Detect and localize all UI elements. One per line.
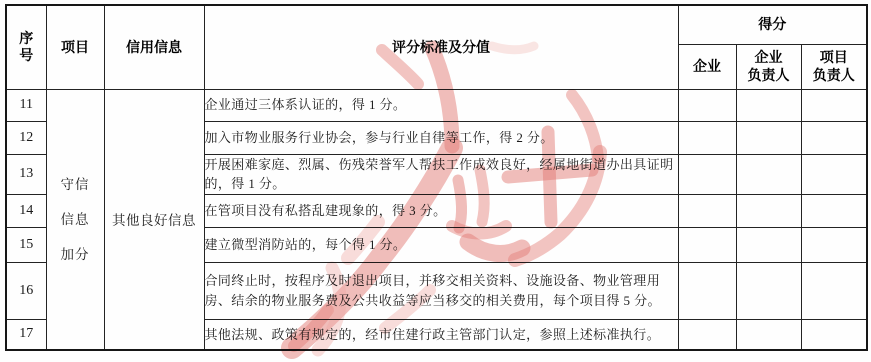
score-cell-enterprise-manager — [736, 319, 801, 350]
serial-cell: 13 — [6, 154, 46, 194]
serial-cell: 17 — [6, 319, 46, 350]
score-cell-enterprise-manager — [736, 262, 801, 319]
score-cell-enterprise — [678, 121, 736, 154]
score-cell-enterprise — [678, 89, 736, 121]
score-cell-enterprise-manager — [736, 121, 801, 154]
criteria-cell: 企业通过三体系认证的，得 1 分。 — [204, 89, 678, 121]
credit-scoring-table: 序 号 项目 信用信息 评分标准及分值 得分 企业 企业 负责人 项目 负责人 … — [5, 4, 868, 351]
score-cell-enterprise-manager — [736, 154, 801, 194]
score-cell-enterprise-manager — [736, 89, 801, 121]
column-header-credit-info: 信用信息 — [104, 5, 204, 89]
merged-credit-info-cell: 其他良好信息 — [104, 89, 204, 350]
criteria-cell: 合同终止时，按程序及时退出项目，并移交相关资料、设施设备、物业管理用房、结余的物… — [204, 262, 678, 319]
score-cell-enterprise — [678, 194, 736, 227]
scanned-document-page: 序 号 项目 信用信息 评分标准及分值 得分 企业 企业 负责人 项目 负责人 … — [0, 0, 871, 362]
column-header-enterprise: 企业 — [678, 44, 736, 89]
score-cell-project-manager — [801, 154, 867, 194]
score-cell-enterprise — [678, 154, 736, 194]
column-header-score-group: 得分 — [678, 5, 867, 44]
serial-cell: 11 — [6, 89, 46, 121]
column-header-project-manager: 项目 负责人 — [801, 44, 867, 89]
serial-cell: 12 — [6, 121, 46, 154]
criteria-cell: 在管项目没有私搭乱建现象的，得 3 分。 — [204, 194, 678, 227]
score-cell-enterprise-manager — [736, 227, 801, 262]
score-cell-enterprise — [678, 319, 736, 350]
criteria-cell: 加入市物业服务行业协会，参与行业自律等工作，得 2 分。 — [204, 121, 678, 154]
serial-cell: 14 — [6, 194, 46, 227]
criteria-cell: 其他法规、政策有规定的，经市住建行政主管部门认定，参照上述标准执行。 — [204, 319, 678, 350]
score-cell-enterprise — [678, 227, 736, 262]
score-cell-enterprise — [678, 262, 736, 319]
serial-cell: 16 — [6, 262, 46, 319]
column-header-serial: 序 号 — [6, 5, 46, 89]
score-cell-project-manager — [801, 227, 867, 262]
column-header-project: 项目 — [46, 5, 104, 89]
column-header-enterprise-manager: 企业 负责人 — [736, 44, 801, 89]
score-cell-project-manager — [801, 121, 867, 154]
serial-cell: 15 — [6, 227, 46, 262]
merged-project-cell: 守信 信息 加分 — [46, 89, 104, 350]
score-cell-project-manager — [801, 262, 867, 319]
score-cell-project-manager — [801, 194, 867, 227]
column-header-criteria: 评分标准及分值 — [204, 5, 678, 89]
score-cell-enterprise-manager — [736, 194, 801, 227]
criteria-cell: 开展困难家庭、烈属、伤残荣誉军人帮扶工作成效良好，经属地街道办出具证明的，得 1… — [204, 154, 678, 194]
score-cell-project-manager — [801, 89, 867, 121]
table-row: 11 守信 信息 加分 其他良好信息 企业通过三体系认证的，得 1 分。 — [6, 89, 867, 121]
criteria-cell: 建立微型消防站的，每个得 1 分。 — [204, 227, 678, 262]
score-cell-project-manager — [801, 319, 867, 350]
